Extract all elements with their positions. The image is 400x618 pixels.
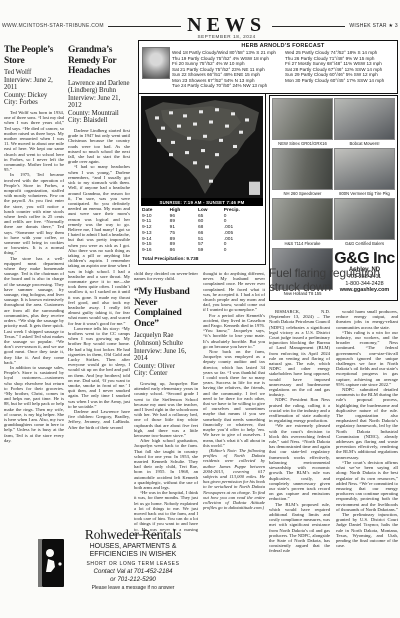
paragraph: In 1975, Ted became involved with the op… xyxy=(4,172,64,255)
article-fuel-flaring: BISMARCK, N.D. (September 13, 2024) – Th… xyxy=(269,309,330,611)
vermeer-baler-photo xyxy=(334,148,395,190)
weather-table-row: 9-1686590 xyxy=(141,248,263,254)
paragraph: The BLM’s proposed rule, which would hav… xyxy=(269,502,330,554)
article-byline: Lawrence and Darlene (Lindberg) BruhnInt… xyxy=(68,80,130,126)
ad-contact-phone: Contact Val at 701-452-2184 xyxy=(69,568,197,575)
certified-baler-photo xyxy=(334,198,395,240)
ad-photo-cell: H&S 7114 Flexrake xyxy=(272,198,333,247)
advertiser-name: Rohweder Rentals xyxy=(69,528,197,542)
ad-photo-cell: NEW Sitrex GR01/GRX16 xyxy=(272,98,333,147)
ad-photo-cell: 800N Vermeer Big Tire Pkg xyxy=(334,148,395,197)
article-body: Ted Wolff was born in 1934, one of three… xyxy=(4,110,64,443)
ad-photo-cell: NH 260 Speedrower xyxy=(272,148,333,197)
website-url: WWW.MCINTOSH-STAR-TRIBUNE.COM xyxy=(2,23,104,29)
paragraph: would harm small producers, reduce energ… xyxy=(336,309,398,330)
forecast-line: Fri 27 Mostly Sunny 68°/48° 11% WSW 13 m… xyxy=(285,61,394,67)
sunrise-sunset-bar: SUNRISE: 7:19 AM - SUNSET 7:46 PM xyxy=(141,198,263,206)
page-section-title: NEWS xyxy=(187,14,266,36)
paragraph: For a period after Kenneth’s accident, t… xyxy=(203,313,265,349)
ad-lease-terms-line: SHORT OR LONG TERM LEASES xyxy=(69,561,197,567)
flexrake-photo xyxy=(272,198,333,240)
weather-observations-table: Date High Low Precip. 9-10966509-1189600… xyxy=(141,208,263,254)
byline-line: Interview: June 2, 2011 xyxy=(4,77,64,92)
paragraph: “I had so many headaches when I was youn… xyxy=(68,164,130,325)
paragraph: Darlene and Lawrence have five children:… xyxy=(68,409,130,430)
article-my-husband-continued: thought to do anything different, never.… xyxy=(203,271,265,605)
weather-map xyxy=(141,96,263,198)
weather-forecast-box: HERB ARNOLD’S FORECAST Wed 18 Partly Clo… xyxy=(138,40,398,94)
photo-caption: NH 260 Speedrower xyxy=(272,191,333,196)
masthead-rule-left xyxy=(108,26,181,27)
article-grandmas-remedy: Grandma’s Remedy For Headaches Lawrence … xyxy=(68,45,130,527)
article-body: BISMARCK, N.D. (September 13, 2024) – Th… xyxy=(269,309,330,554)
article-title: “My Husband Never Complained Once” xyxy=(134,287,198,329)
ad-services-line: HOUSES, APARTMENTS & EFFICIENCIES IN WIS… xyxy=(69,543,197,559)
forecast-line: Wed 18 Partly Cloudy/Wind 80°/58° 13% S … xyxy=(172,50,281,56)
byline-line: Lawrence and Darlene (Lindberg) Bruhn xyxy=(68,80,130,95)
forecast-title: HERB ARNOLD’S FORECAST xyxy=(172,43,394,49)
article-fuel-flaring-continued: would harm small producers, reduce energ… xyxy=(336,309,398,607)
speedrower-photo xyxy=(272,148,333,190)
masthead-title-block: NEWS SEPTEMBER 18, 2024 xyxy=(185,16,268,36)
photo-caption: Bobcat Mowers! xyxy=(334,141,395,146)
byline-line: County: Mountrail xyxy=(68,110,130,118)
advertiser-name: G&G Inc xyxy=(334,251,395,267)
newspaper-page: WWW.MCINTOSH-STAR-TRIBUNE.COM NEWS SEPTE… xyxy=(0,0,400,618)
forecast-week1: Wed 18 Partly Cloudy/Wind 80°/58° 13% S … xyxy=(172,50,281,89)
masthead: WWW.MCINTOSH-STAR-TRIBUNE.COM NEWS SEPTE… xyxy=(2,16,398,36)
issue-date: SEPTEMBER 18, 2024 xyxy=(185,34,268,39)
article-body: thought to do anything different, never.… xyxy=(203,271,265,448)
rohweder-rentals-ad: Rohweder Rentals HOUSES, APARTMENTS & EF… xyxy=(33,528,197,606)
photo-caption: H&S 7114 Flexrake xyxy=(272,241,333,246)
forecast-line: Sun 29 Partly Cloudy 60°/46° 5% SW 12 mp… xyxy=(285,72,394,78)
byline-line: County: Dickey xyxy=(4,92,64,100)
article-body: Growing up, Jacquelyn Rae attended early… xyxy=(134,381,198,537)
paragraph: Now back on the farm, Jacquelyn was empl… xyxy=(203,349,265,448)
article-peoples-store: The People’s Store Ted WolffInterview: J… xyxy=(4,45,64,527)
byline-line: Interview: June 16, 2014 xyxy=(134,348,198,363)
paragraph: NDPC submitted detailed comments to the … xyxy=(336,387,398,460)
forecast-line: Tue 24 Partly Cloudy 70°/50° 24% NW 13 m… xyxy=(172,83,281,89)
masthead-rule-right xyxy=(272,26,345,27)
forecaster-photo xyxy=(142,47,170,79)
byline-line: Interview: June 21, 2012 xyxy=(68,95,130,110)
forecast-week2: Wed 25 Partly Cloudy 74°/52° 18% S 14 mp… xyxy=(285,50,394,89)
grandmas-remedy-continuation: child they decided on seven-letter names… xyxy=(134,271,198,281)
forecast-content: HERB ARNOLD’S FORECAST Wed 18 Partly Clo… xyxy=(172,43,394,91)
paragraph: Lawrence tells his story: “My brothers w… xyxy=(68,326,130,409)
ad-contact-phone-alt: or 701-212-5290 xyxy=(69,576,197,583)
paragraph: “The court’s decision affirms what we’ve… xyxy=(336,460,398,512)
byline-line: City: Forbes xyxy=(4,99,64,107)
paragraph: After high school graduation, Jacquelyn … xyxy=(134,438,198,490)
photo-caption: NEW Sitrex GR01/GRX16 xyxy=(272,141,333,146)
paragraph: The preliminary injunction, granted by U… xyxy=(336,512,398,548)
paragraph: NDPC President Ron Ness praised the ruli… xyxy=(269,397,330,423)
ad-photo-cell: G&G Certified Balers xyxy=(334,198,395,247)
byline-line: City: Blaisdell xyxy=(68,117,130,125)
photo-caption: 800N Vermeer Big Tire Pkg xyxy=(334,191,395,196)
byline-line: City: Center xyxy=(134,370,198,378)
sitrex-rake-photo xyxy=(272,98,333,140)
article-byline: Ted WolffInterview: June 2, 2011County: … xyxy=(4,69,64,107)
fuel-flaring-headline: Fuel flaring regulation struck down xyxy=(269,267,399,294)
byline-line: Ted Wolff xyxy=(4,69,64,77)
rohweder-ad-text: Rohweder Rentals HOUSES, APARTMENTS & EF… xyxy=(69,528,197,591)
ad-message-line: Please leave a message if no answer xyxy=(69,585,197,591)
article-body: Darlene Lindberg started first grade in … xyxy=(68,128,130,430)
paragraph: The store has a well-equipped meat depar… xyxy=(4,256,64,365)
article-title: The People’s Store xyxy=(4,45,64,66)
byline-line: County: Oliver xyxy=(134,363,198,371)
paragraph: “We are extremely pleased with the court… xyxy=(269,423,330,501)
paragraph: “This ruling is a win for our industry, … xyxy=(336,330,398,387)
paragraph: Ted Wolff was born in 1934, one of three… xyxy=(4,110,64,172)
article-byline: Jacquelyn Rae (Johnson) SchulteInterview… xyxy=(134,332,198,378)
paragraph: thought to do anything different, never.… xyxy=(203,271,265,313)
editors-note: (Editor’s Note: The following profiles o… xyxy=(203,448,265,510)
article-body: would harm small producers, reduce energ… xyxy=(336,309,398,548)
total-precipitation: Total Precipitation: 9.738 xyxy=(141,257,263,262)
paragraph: Growing up, Jacquelyn Rae attended early… xyxy=(134,381,198,438)
article-title: Grandma’s Remedy For Headaches xyxy=(68,45,130,77)
byline-line: Jacquelyn Rae (Johnson) Schulte xyxy=(134,332,198,347)
edition-page-number: WISHEK STAR ★ 3 xyxy=(349,23,398,29)
paragraph: Darlene Lindberg started first grade in … xyxy=(68,128,130,164)
paragraph: BISMARCK, N.D. (September 13, 2024) – Th… xyxy=(269,309,330,397)
bobcat-mower-photo xyxy=(334,98,395,140)
paragraph: In addition to sausage sales, People’s S… xyxy=(4,365,64,443)
forecast-line: Mon 30 Partly Cloudy 60°/45° 17% SSW 14 … xyxy=(285,78,394,84)
photo-caption: G&G Certified Balers xyxy=(334,241,395,246)
weather-map-panel: SUNRISE: 7:19 AM - SUNSET 7:46 PM Date H… xyxy=(138,94,266,265)
ad-photo-cell: Bobcat Mowers! xyxy=(334,98,395,147)
open-door-icon xyxy=(35,538,65,588)
